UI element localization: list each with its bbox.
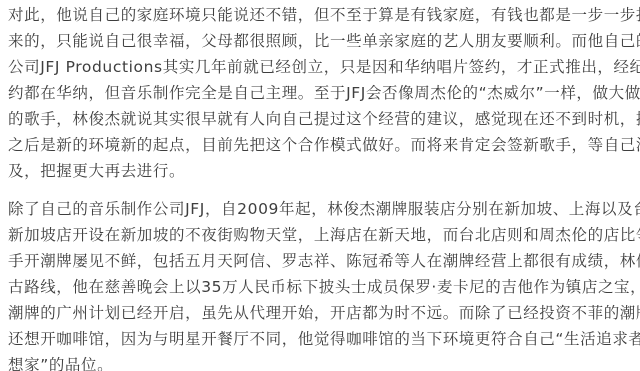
text-line: 的歌手，林俊杰就说其实很早就有人向自己提过这个经营的建议，感觉现在还不到时机，换… (8, 106, 640, 132)
text-line: 之后是新的环境新的起点，目前先把这个合作模式做好。而将来肯定会签新歌手，等自己清… (8, 132, 640, 158)
text-line: 新加坡店开设在新加坡的不夜街购物天堂，上海店在新天地，而台北店则和周杰伦的店比邻… (8, 222, 640, 248)
text-line: 对此，他说自己的家庭环境只能说还不错，但不至于算是有钱家庭，有钱也都是一步一步扎… (8, 2, 640, 28)
article-body: 对此，他说自己的家庭环境只能说还不错，但不至于算是有钱家庭，有钱也都是一步一步扎… (0, 0, 640, 371)
text-line: 公司JFJ Productions其实几年前就已经创立，只是因和华纳唱片签约，才… (8, 54, 640, 80)
text-line: 还想开咖啡馆，因为与明星开餐厅不同，他觉得咖啡馆的当下环境更符合自己“生活追求者… (8, 326, 640, 352)
text-line: 及，把握更大再去进行。 (8, 158, 185, 184)
text-line: 古路线，他在慈善晚会上以35万人民币标下披头士成员保罗·麦卡尼的吉他作为镇店之宝… (8, 274, 640, 300)
text-line: 来的，只能说自己很幸福，父母都很照顾，比一些单亲家庭的艺人朋友要顺利。而他自己的… (8, 28, 640, 54)
text-line: 约都在华纳，但音乐制作完全是自己主理。至于JFJ会否像周杰伦的“杰威尔”一样，做… (8, 80, 640, 106)
text-line: 想家”的品位。 (8, 352, 113, 371)
text-line: 潮牌的广州计划已经开启，虽先从代理开始，开店都为时不远。而除了已经投资不菲的潮牌… (8, 300, 640, 326)
text-line: 除了自己的音乐制作公司JFJ，自2009年起，林俊杰潮牌服装店分别在新加坡、上海… (8, 196, 640, 222)
text-line: 手开潮牌屡见不鲜，包括五月天阿信、罗志祥、陈冠希等人在潮牌经营上都很有成绩，林俊… (8, 248, 640, 274)
